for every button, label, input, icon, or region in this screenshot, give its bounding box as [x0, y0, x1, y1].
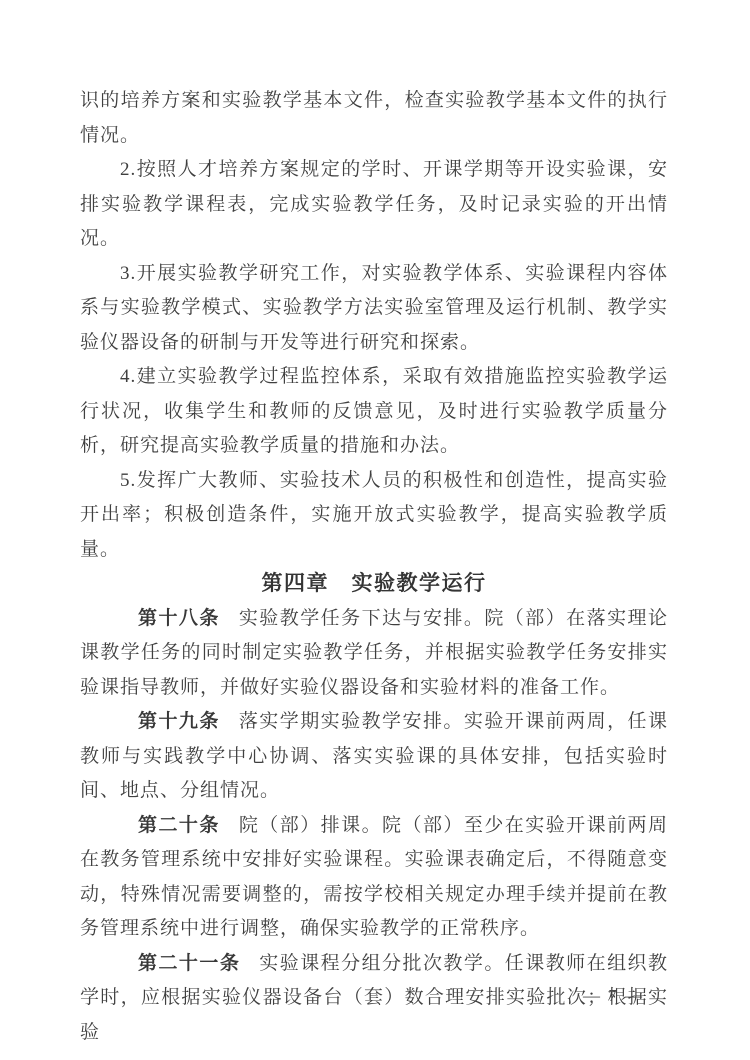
document-content: 识的培养方案和实验教学基本文件，检查实验教学基本文件的执行情况。2.按照人才培养… — [80, 84, 668, 1050]
document-page: 识的培养方案和实验教学基本文件，检查实验教学基本文件的执行情况。2.按照人才培养… — [0, 0, 750, 1060]
article-number-label: 第十八条 — [138, 608, 220, 629]
body-paragraph: 5.发挥广大教师、实验技术人员的积极性和创造性，提高实验开出率；积极创造条件，实… — [80, 464, 668, 568]
page-number: — 7 — — [583, 986, 644, 1006]
body-paragraph: 识的培养方案和实验教学基本文件，检查实验教学基本文件的执行情况。 — [80, 84, 668, 153]
body-paragraph: 4.建立实验教学过程监控体系，采取有效措施监控实验教学运行状况，收集学生和教师的… — [80, 360, 668, 464]
article-number-label: 第二十条 — [138, 815, 220, 836]
body-paragraph: 3.开展实验教学研究工作，对实验教学体系、实验课程内容体系与实验教学模式、实验教… — [80, 257, 668, 361]
article-paragraph: 第十八条实验教学任务下达与安排。院（部）在落实理论课教学任务的同时制定实验教学任… — [80, 602, 668, 706]
body-paragraph: 2.按照人才培养方案规定的学时、开课学期等开设实验课，安排实验教学课程表，完成实… — [80, 153, 668, 257]
article-number-label: 第二十一条 — [138, 953, 240, 974]
article-number-label: 第十九条 — [138, 711, 220, 732]
article-paragraph: 第十九条落实学期实验教学安排。实验开课前两周，任课教师与实践教学中心协调、落实实… — [80, 705, 668, 809]
article-paragraph: 第二十一条实验课程分组分批次教学。任课教师在组织教学时，应根据实验仪器设备台（套… — [80, 947, 668, 1051]
article-paragraph: 第二十条院（部）排课。院（部）至少在实验开课前两周在教务管理系统中安排好实验课程… — [80, 809, 668, 947]
chapter-heading: 第四章 实验教学运行 — [80, 567, 668, 602]
